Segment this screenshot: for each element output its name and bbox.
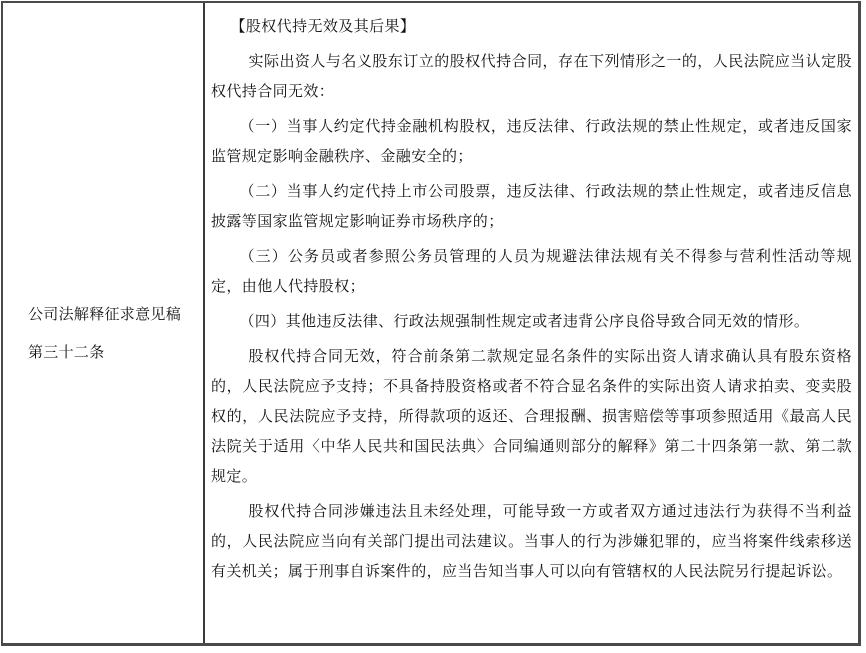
article-source: 公司法解释征求意见稿: [28, 295, 181, 333]
article-intro: 实际出资人与名义股东订立的股权代持合同，存在下列情形之一的，人民法院应当认定股权…: [211, 46, 852, 106]
article-heading: 【股权代持无效及其后果】: [211, 11, 852, 41]
list-item-4: （四）其他违反法律、行政法规强制性规定或者违背公序良俗导致合同无效的情形。: [211, 306, 852, 336]
paragraph-consequences: 股权代持合同无效，符合前条第二款规定显名条件的实际出资人请求确认具有股东资格的，…: [211, 341, 852, 491]
list-item-2: （二）当事人约定代持上市公司股票，违反法律、行政法规的禁止性规定，或者违反信息披…: [211, 176, 852, 236]
paragraph-judicial-suggestion: 股权代持合同涉嫌违法且未经处理，可能导致一方或者双方通过违法行为获得不当利益的，…: [211, 496, 852, 586]
list-item-1: （一）当事人约定代持金融机构股权，违反法律、行政法规的禁止性规定，或者违反国家监…: [211, 111, 852, 171]
article-label-cell: 公司法解释征求意见稿 第三十二条: [3, 3, 205, 643]
article-number: 第三十二条: [28, 333, 181, 371]
document-table: 公司法解释征求意见稿 第三十二条 【股权代持无效及其后果】 实际出资人与名义股东…: [1, 1, 861, 646]
list-item-3: （三）公务员或者参照公务员管理的人员为规避法律法规有关不得参与营利性活动等规定，…: [211, 241, 852, 301]
article-content-cell: 【股权代持无效及其后果】 实际出资人与名义股东订立的股权代持合同，存在下列情形之…: [205, 3, 858, 643]
article-label: 公司法解释征求意见稿 第三十二条: [28, 295, 181, 371]
